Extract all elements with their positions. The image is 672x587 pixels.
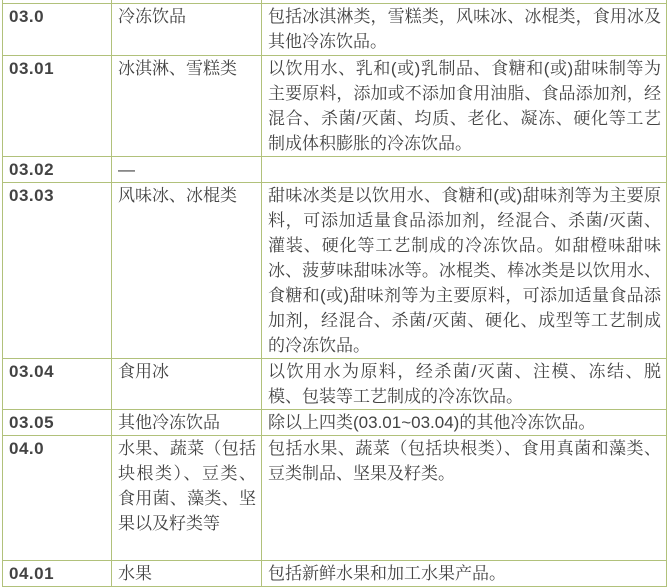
table-row: 03.05 其他冷冻饮品 除以上四类(03.01~03.04)的其他冷冻饮品。 <box>3 410 667 436</box>
table-row: 04.01 水果 包括新鲜水果和加工水果产品。 <box>3 561 667 587</box>
category-description: 包括冰淇淋类，雪糕类，风味冰、冰棍类，食用冰及其他冷冻饮品。 <box>262 4 667 56</box>
category-name: 冰淇淋、雪糕类 <box>112 56 262 157</box>
table-row: 04.0 水果、蔬菜（包括块根类）、豆类、食用菌、藻类、坚果以及籽类等 包括水果… <box>3 436 667 561</box>
table-row: 03.02 — <box>3 157 667 183</box>
category-name: 风味冰、冰棍类 <box>112 183 262 359</box>
category-description: 包括新鲜水果和加工水果产品。 <box>262 561 667 587</box>
food-category-table: 03.0 冷冻饮品 包括冰淇淋类，雪糕类，风味冰、冰棍类，食用冰及其他冷冻饮品。… <box>2 0 667 587</box>
category-code: 03.01 <box>3 56 112 157</box>
table-row: 03.0 冷冻饮品 包括冰淇淋类，雪糕类，风味冰、冰棍类，食用冰及其他冷冻饮品。 <box>3 4 667 56</box>
category-name: 水果 <box>112 561 262 587</box>
category-description: 以饮用水为原料，经杀菌/灭菌、注模、冻结、脱模、包装等工艺制成的冷冻饮品。 <box>262 359 667 410</box>
category-name: 其他冷冻饮品 <box>112 410 262 436</box>
category-description: 除以上四类(03.01~03.04)的其他冷冻饮品。 <box>262 410 667 436</box>
category-code: 04.01 <box>3 561 112 587</box>
category-code: 03.04 <box>3 359 112 410</box>
category-code: 03.0 <box>3 4 112 56</box>
category-description: 甜味冰类是以饮用水、食糖和(或)甜味剂等为主要原料，可添加适量食品添加剂，经混合… <box>262 183 667 359</box>
category-code: 03.05 <box>3 410 112 436</box>
category-name: 冷冻饮品 <box>112 4 262 56</box>
category-name: 水果、蔬菜（包括块根类）、豆类、食用菌、藻类、坚果以及籽类等 <box>112 436 262 561</box>
table-row: 03.01 冰淇淋、雪糕类 以饮用水、乳和(或)乳制品、食糖和(或)甜味制等为主… <box>3 56 667 157</box>
table-screenshot-viewport: 03.0 冷冻饮品 包括冰淇淋类，雪糕类，风味冰、冰棍类，食用冰及其他冷冻饮品。… <box>0 0 672 587</box>
category-code: 03.03 <box>3 183 112 359</box>
table-row: 03.03 风味冰、冰棍类 甜味冰类是以饮用水、食糖和(或)甜味剂等为主要原料，… <box>3 183 667 359</box>
category-code: 04.0 <box>3 436 112 561</box>
category-description <box>262 157 667 183</box>
category-description: 包括水果、蔬菜（包括块根类）、食用真菌和藻类、豆类制品、坚果及籽类。 <box>262 436 667 561</box>
category-name: 食用冰 <box>112 359 262 410</box>
category-description: 以饮用水、乳和(或)乳制品、食糖和(或)甜味制等为主要原料，添加或不添加食用油脂… <box>262 56 667 157</box>
category-code: 03.02 <box>3 157 112 183</box>
category-name: — <box>112 157 262 183</box>
table-row: 03.04 食用冰 以饮用水为原料，经杀菌/灭菌、注模、冻结、脱模、包装等工艺制… <box>3 359 667 410</box>
